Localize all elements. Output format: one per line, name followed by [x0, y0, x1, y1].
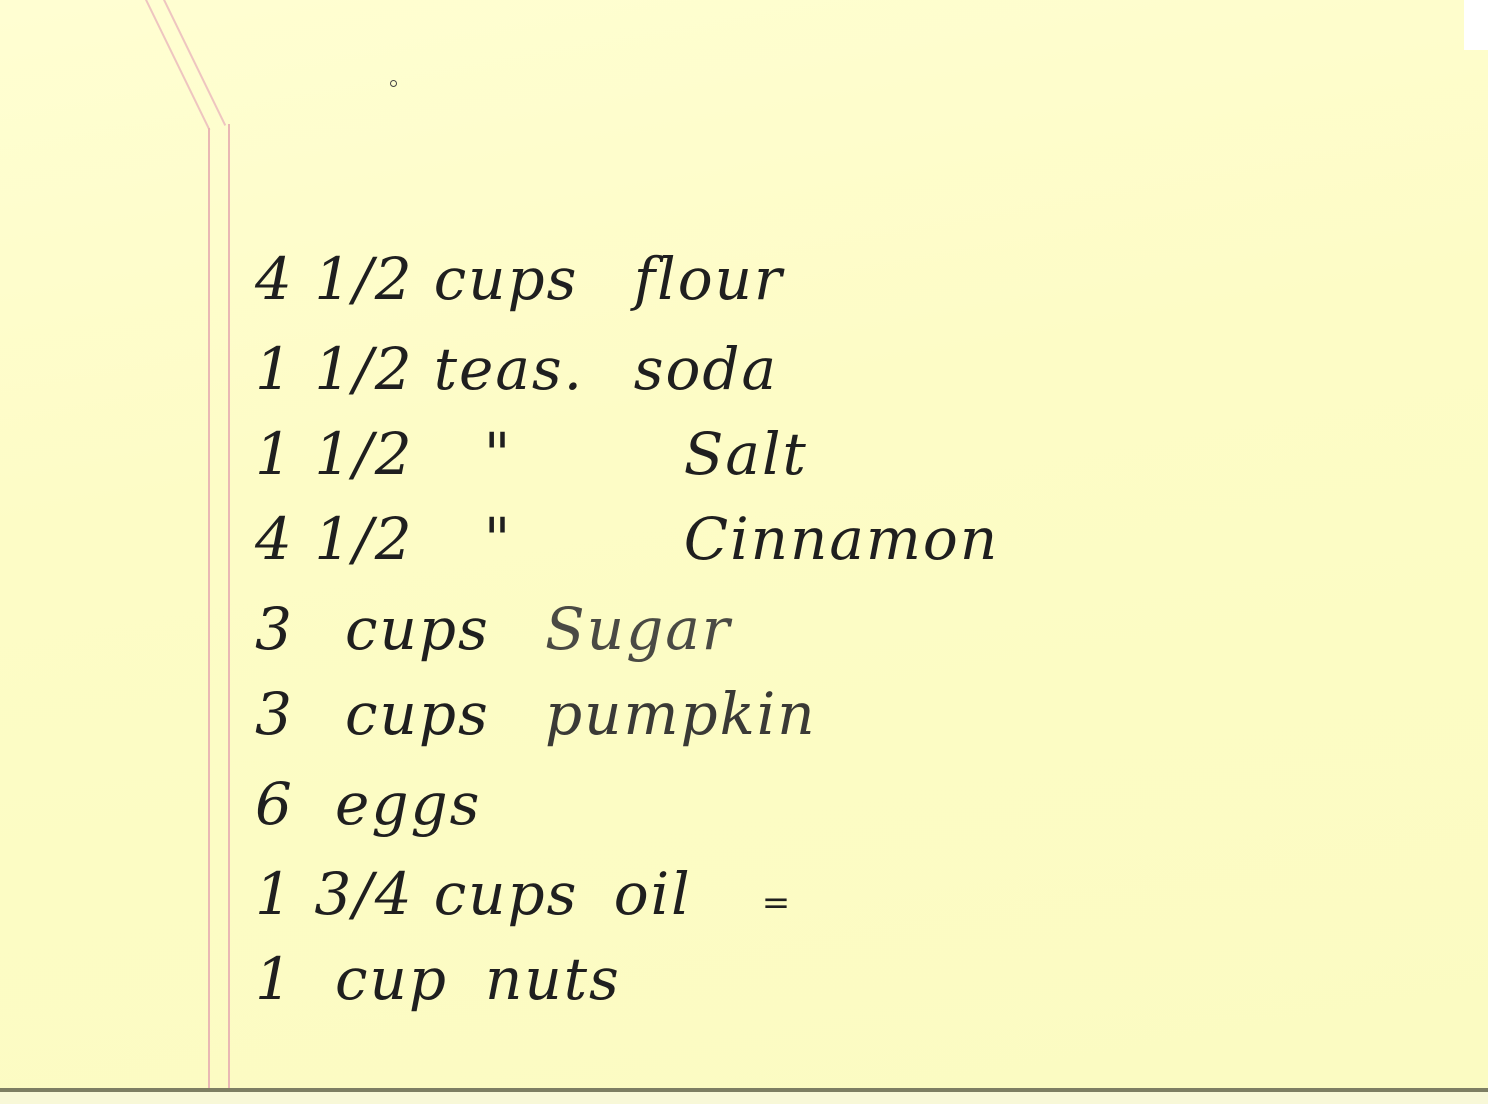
ingredient-name: Sugar: [545, 595, 732, 663]
ingredient-qty: 6: [255, 770, 315, 838]
ingredient-qty: 1: [255, 945, 315, 1013]
ingredient-qty: 1 3/4: [255, 860, 414, 928]
ingredient-line: 3 cups Sugar: [255, 595, 732, 675]
ink-speck: [390, 80, 397, 87]
ingredient-name: soda: [634, 335, 778, 403]
margin-line-right: [228, 124, 230, 1090]
ingredient-name: Cinnamon: [684, 505, 1000, 573]
ingredient-qty: 1 1/2: [255, 335, 414, 403]
ditto-mark: ": [484, 505, 684, 573]
ingredient-line: 1 3/4 cups oil =: [255, 860, 792, 940]
ingredient-line: 1 1/2 teas. soda: [255, 335, 778, 415]
ingredient-name: nuts: [485, 945, 621, 1013]
scribble-mark: =: [762, 883, 793, 923]
ingredient-name: flour: [634, 245, 784, 313]
ingredient-line: 6 eggs: [255, 770, 481, 850]
ingredient-line: 4 1/2 " Cinnamon: [255, 505, 999, 585]
ingredient-line: 3 cups pumpkin: [255, 680, 817, 760]
ingredient-line: 1 cup nuts: [255, 945, 621, 1025]
ingredient-qty: 4 1/2: [255, 245, 414, 313]
margin-line-left: [208, 128, 210, 1090]
ingredient-unit: teas.: [434, 335, 634, 403]
ingredient-unit: cup: [335, 945, 485, 1013]
card-corner-gap: [1464, 0, 1488, 50]
ingredient-qty: 3: [255, 680, 325, 748]
ingredient-name: Salt: [684, 420, 808, 488]
ditto-mark: ": [484, 420, 684, 488]
ingredient-unit: cups: [345, 680, 545, 748]
scan-background: [0, 1092, 1488, 1104]
ingredient-unit: cups: [434, 245, 634, 313]
ingredient-name: pumpkin: [545, 680, 817, 748]
ingredient-qty: 1 1/2: [255, 420, 414, 488]
ingredient-name: oil: [614, 860, 692, 928]
ingredient-line: 1 1/2 " Salt: [255, 420, 808, 500]
ingredient-unit: cups: [345, 595, 545, 663]
ingredient-qty: 4 1/2: [255, 505, 414, 573]
ingredient-name: eggs: [335, 770, 481, 838]
ingredient-line: 4 1/2 cups flour: [255, 245, 784, 325]
ingredient-unit: cups: [434, 860, 614, 928]
ingredient-qty: 3: [255, 595, 325, 663]
